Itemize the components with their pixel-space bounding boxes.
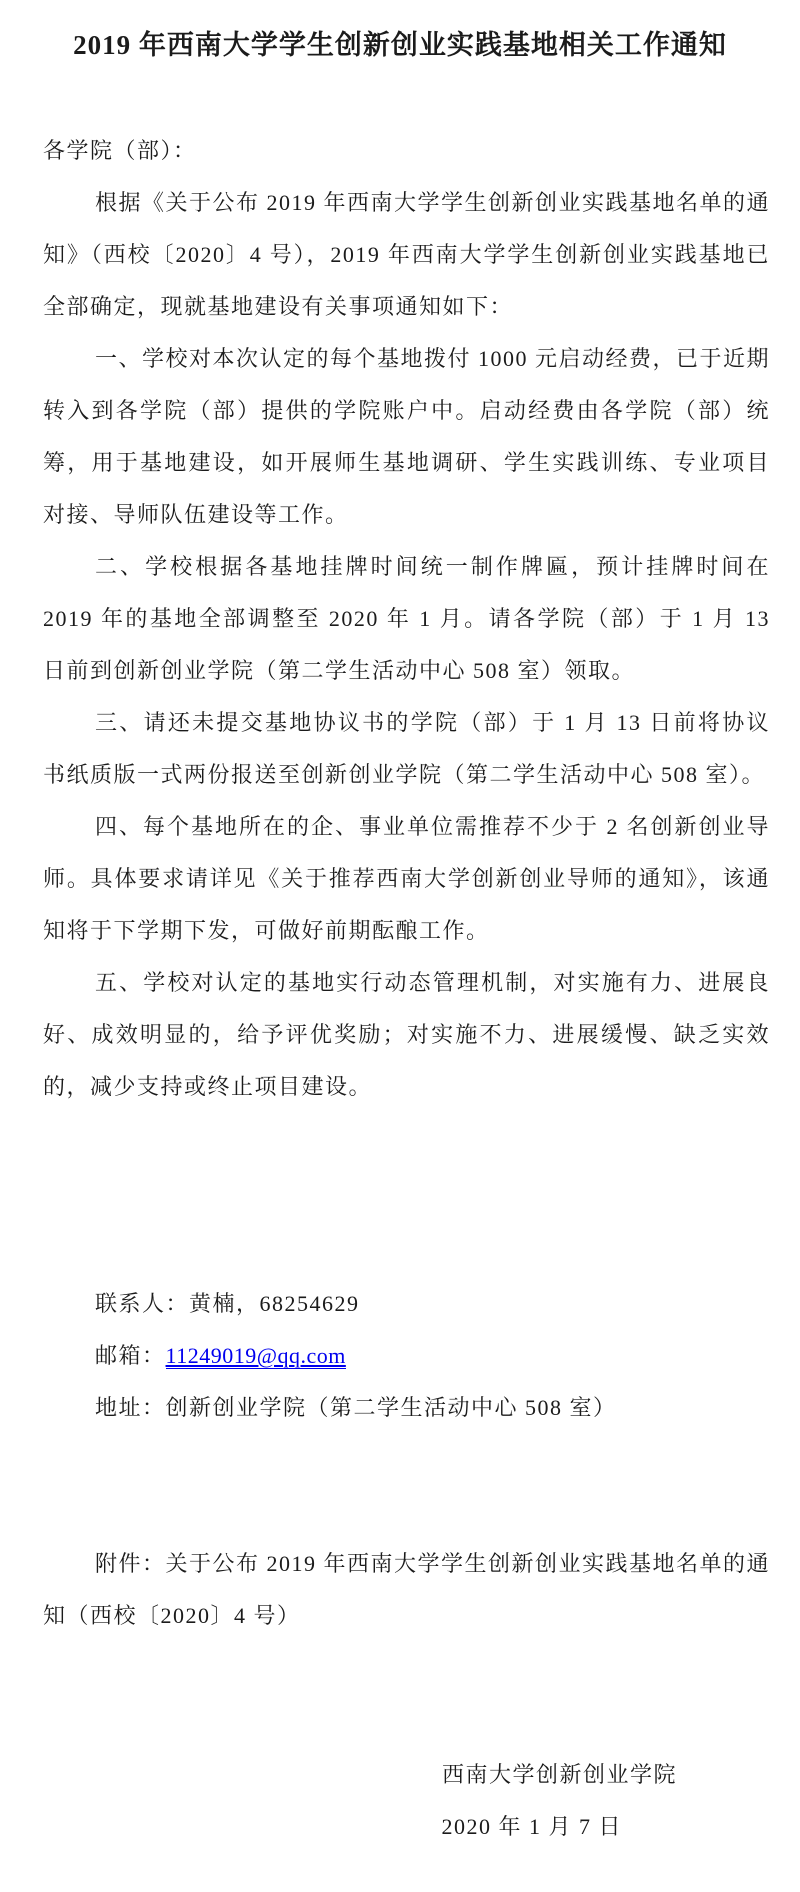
document-body: 各学院（部）： 根据《关于公布 2019 年西南大学学生创新创业实践基地名单的通… [43, 125, 770, 1113]
title-block: 2019 年西南大学学生创新创业实践基地相关工作通知 [0, 25, 800, 65]
signature-block: 西南大学创新创业学院 2020 年 1 月 7 日 [0, 1749, 800, 1853]
contact-email-label: 邮箱： [95, 1343, 166, 1368]
contact-address-line: 地址：创新创业学院（第二学生活动中心 508 室） [43, 1382, 770, 1434]
salutation-line: 各学院（部）： [43, 125, 770, 177]
contact-person-line: 联系人：黄楠，68254629 [43, 1278, 770, 1330]
paragraph-item-5: 五、学校对认定的基地实行动态管理机制，对实施有力、进展良好、成效明显的，给予评优… [43, 957, 770, 1113]
paragraph-item-2: 二、学校根据各基地挂牌时间统一制作牌匾，预计挂牌时间在 2019 年的基地全部调… [43, 541, 770, 697]
paragraph-item-4: 四、每个基地所在的企、事业单位需推荐不少于 2 名创新创业导师。具体要求请详见《… [43, 801, 770, 957]
contact-email-line: 邮箱：11249019@qq.com [43, 1330, 770, 1382]
document-title: 2019 年西南大学学生创新创业实践基地相关工作通知 [0, 25, 800, 65]
paragraph-item-3: 三、请还未提交基地协议书的学院（部）于 1 月 13 日前将协议书纸质版一式两份… [43, 697, 770, 801]
attachment-block: 附件：关于公布 2019 年西南大学学生创新创业实践基地名单的通知（西校〔202… [43, 1538, 770, 1642]
signature-date: 2020 年 1 月 7 日 [0, 1801, 622, 1853]
document-page: 2019 年西南大学学生创新创业实践基地相关工作通知 各学院（部）： 根据《关于… [0, 0, 800, 1892]
attachment-line: 附件：关于公布 2019 年西南大学学生创新创业实践基地名单的通知（西校〔202… [43, 1538, 770, 1642]
signature-org: 西南大学创新创业学院 [0, 1749, 677, 1801]
contact-block: 联系人：黄楠，68254629 邮箱：11249019@qq.com 地址：创新… [43, 1278, 770, 1434]
email-link[interactable]: 11249019@qq.com [166, 1343, 346, 1369]
paragraph-item-1: 一、学校对本次认定的每个基地拨付 1000 元启动经费，已于近期转入到各学院（部… [43, 333, 770, 541]
paragraph-intro: 根据《关于公布 2019 年西南大学学生创新创业实践基地名单的通知》（西校〔20… [43, 177, 770, 333]
